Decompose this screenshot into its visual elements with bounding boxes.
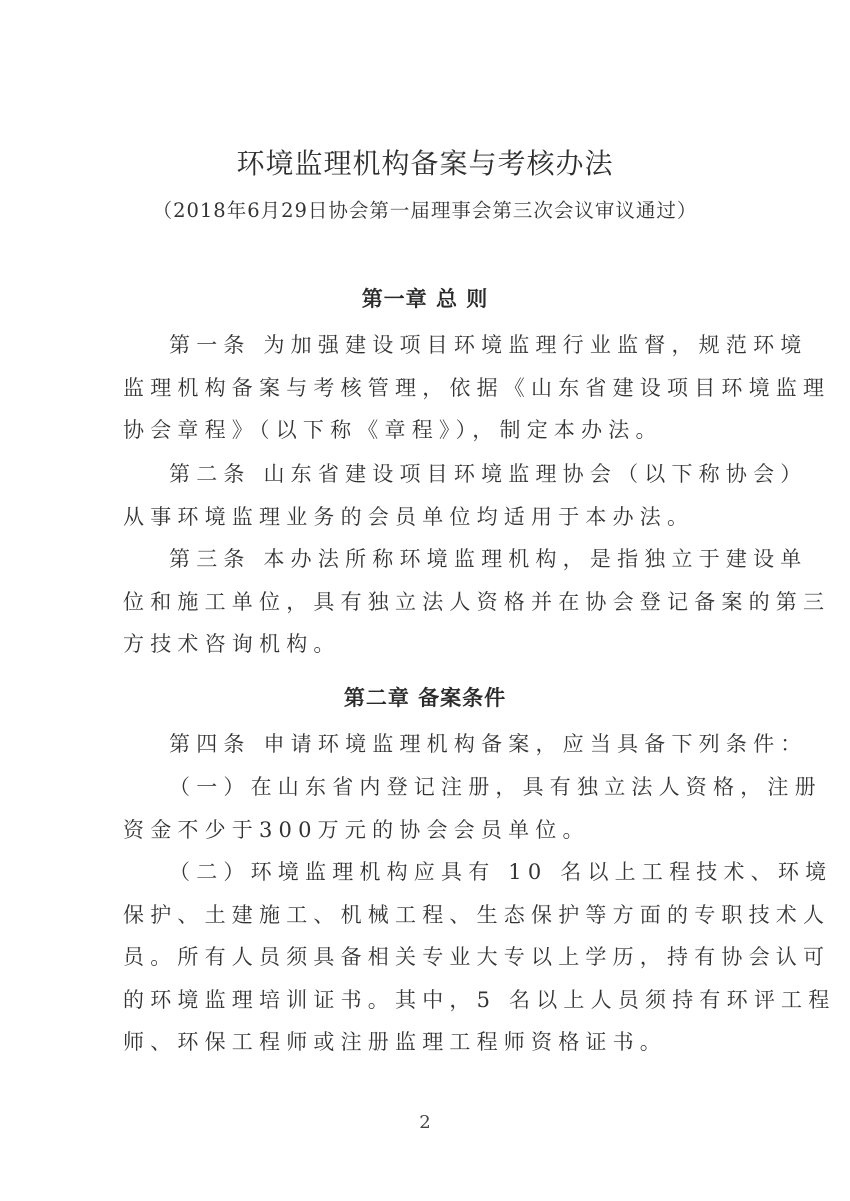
document-title: 环境监理机构备案与考核办法 (0, 146, 850, 182)
article-3: 第三条 本办法所称环境监理机构，是指独立于建设单 位和施工单位，具有独立法人资格… (123, 538, 713, 666)
chapter-heading: 第一章 总 则 (0, 284, 850, 314)
article-4: 第四条 申请环境监理机构备案，应当具备下列条件： (123, 723, 713, 766)
text-line: 第一条 为加强建设项目环境监理行业监督，规范环境 (123, 324, 713, 367)
text-line: 方技术咨询机构。 (123, 623, 713, 666)
text-line: 协会章程》（以下称《章程》），制定本办法。 (123, 409, 713, 452)
text-line: 监理机构备案与考核管理，依据《山东省建设项目环境监理 (123, 367, 713, 410)
text-line: （一）在山东省内登记注册，具有独立法人资格，注册 (123, 766, 713, 809)
text-line: 的环境监理培训证书。其中，5 名以上人员须持有环评工程 (123, 979, 713, 1022)
text-line: 第二条 山东省建设项目环境监理协会（以下称协会） (123, 453, 713, 496)
text-line: 第四条 申请环境监理机构备案，应当具备下列条件： (123, 723, 713, 766)
chapter-heading: 第二章 备案条件 (0, 683, 850, 713)
article-1: 第一条 为加强建设项目环境监理行业监督，规范环境 监理机构备案与考核管理，依据《… (123, 324, 713, 452)
text-line: 位和施工单位，具有独立法人资格并在协会登记备案的第三 (123, 581, 713, 624)
article-4-item-2: （二）环境监理机构应具有 10 名以上工程技术、环境 保护、土建施工、机械工程、… (123, 851, 713, 1064)
text-line: 资金不少于300万元的协会会员单位。 (123, 809, 713, 852)
text-line: （二）环境监理机构应具有 10 名以上工程技术、环境 (123, 851, 713, 894)
text-line: 保护、土建施工、机械工程、生态保护等方面的专职技术人 (123, 894, 713, 937)
text-line: 从事环境监理业务的会员单位均适用于本办法。 (123, 496, 713, 539)
text-line: 员。所有人员须具备相关专业大专以上学历，持有协会认可 (123, 936, 713, 979)
article-4-item-1: （一）在山东省内登记注册，具有独立法人资格，注册 资金不少于300万元的协会会员… (123, 766, 713, 851)
document-subtitle: （2018年6月29日协会第一届理事会第三次会议审议通过） (0, 196, 850, 226)
text-line: 第三条 本办法所称环境监理机构，是指独立于建设单 (123, 538, 713, 581)
article-2: 第二条 山东省建设项目环境监理协会（以下称协会） 从事环境监理业务的会员单位均适… (123, 453, 713, 538)
page-number: 2 (0, 1112, 850, 1133)
text-line: 师、环保工程师或注册监理工程师资格证书。 (123, 1021, 713, 1064)
document-page: 环境监理机构备案与考核办法 （2018年6月29日协会第一届理事会第三次会议审议… (0, 0, 850, 1201)
